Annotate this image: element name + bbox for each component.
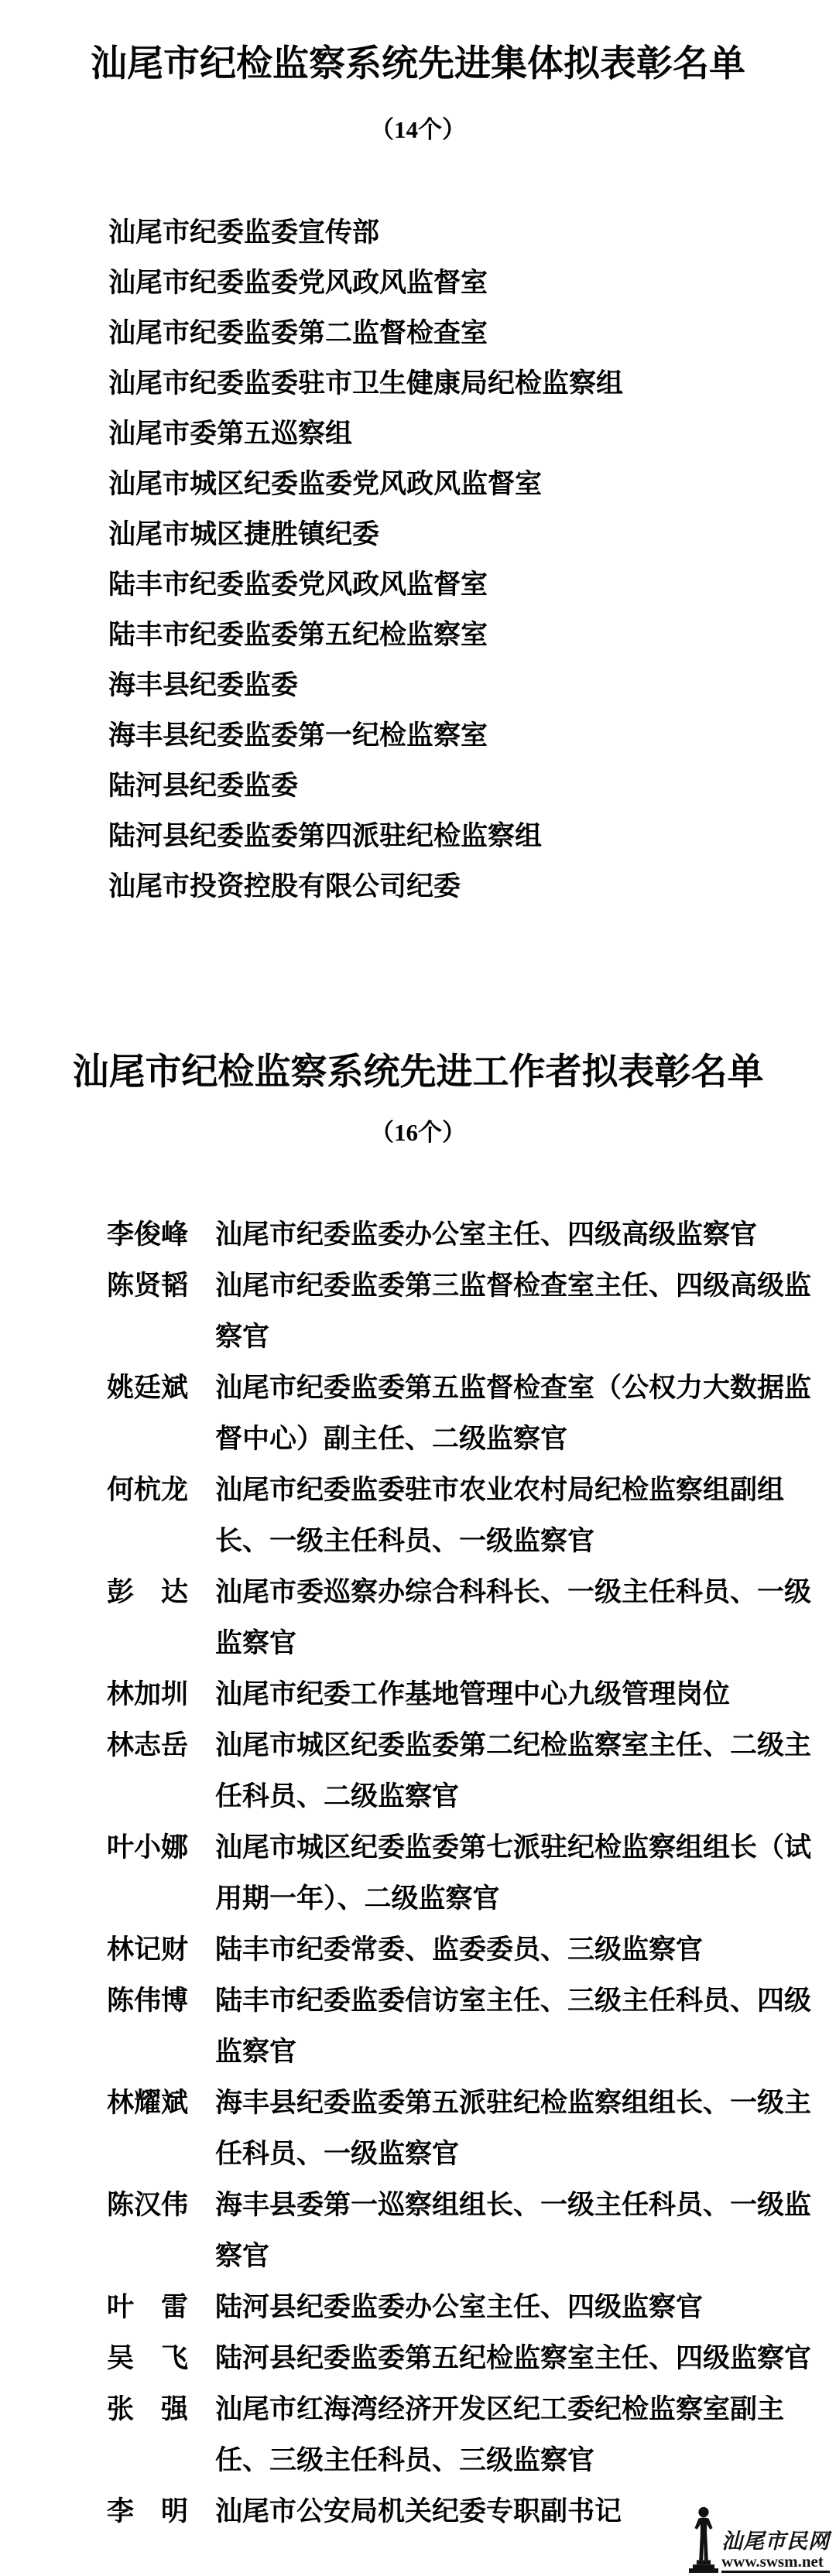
position-line: 监察官 <box>215 1618 811 1669</box>
collective-item: 陆河县纪委监委 <box>0 761 836 811</box>
worker-position: 海丰县委第一巡察组组长、一级主任科员、一级监 察官 <box>215 2180 811 2282</box>
position-line: 汕尾市城区纪委监委第七派驻纪检监察组组长（试 <box>215 1822 811 1873</box>
worker-row: 林加圳 汕尾市纪委工作基地管理中心九级管理岗位 <box>0 1669 836 1720</box>
worker-name: 林记财 <box>107 1924 188 1976</box>
worker-list: 李俊峰 汕尾市纪委监委办公室主任、四级高级监察官 陈贤韬 汕尾市纪委监委第三监督… <box>0 1209 836 2537</box>
position-line: 任科员、二级监察官 <box>215 1771 811 1822</box>
position-line: 汕尾市城区纪委监委第二纪检监察室主任、二级主 <box>215 1720 811 1771</box>
section2-title: 汕尾市纪检监察系统先进工作者拟表彰名单 <box>0 1051 836 1094</box>
worker-name: 李俊峰 <box>107 1209 188 1261</box>
position-line: 察官 <box>215 2231 811 2282</box>
worker-row: 林耀斌 海丰县纪委监委第五派驻纪检监察组组长、一级主 任科员、一级监察官 <box>0 2078 836 2180</box>
worker-row: 林志岳 汕尾市城区纪委监委第二纪检监察室主任、二级主 任科员、二级监察官 <box>0 1720 836 1822</box>
position-line: 汕尾市纪委监委驻市农业农村局纪检监察组副组 <box>215 1465 784 1516</box>
worker-position: 陆河县纪委监委办公室主任、四级监察官 <box>215 2282 703 2333</box>
worker-name: 李 明 <box>107 2486 188 2537</box>
section1-count: （14个） <box>0 115 836 145</box>
worker-row: 叶小娜 汕尾市城区纪委监委第七派驻纪检监察组组长（试 用期一年）、二级监察官 <box>0 1822 836 1924</box>
collective-item: 汕尾市纪委监委党风政风监督室 <box>0 258 836 308</box>
collective-item: 海丰县纪委监委第一纪检监察室 <box>0 710 836 761</box>
worker-row: 林记财 陆丰市纪委常委、监委委员、三级监察官 <box>0 1924 836 1976</box>
worker-position: 汕尾市纪委监委第五监督检查室（公权力大数据监 督中心）副主任、二级监察官 <box>215 1363 811 1465</box>
collective-item: 陆丰市纪委监委第五纪检监察室 <box>0 610 836 660</box>
site-watermark: 汕尾市民网 www.swsm.net <box>689 2506 830 2573</box>
worker-position: 陆丰市纪委监委信访室主任、三级主任科员、四级 监察官 <box>215 1976 811 2078</box>
worker-position: 汕尾市城区纪委监委第二纪检监察室主任、二级主 任科员、二级监察官 <box>215 1720 811 1822</box>
worker-name: 陈贤韬 <box>107 1261 188 1312</box>
worker-row: 李俊峰 汕尾市纪委监委办公室主任、四级高级监察官 <box>0 1209 836 1261</box>
worker-name: 陈汉伟 <box>107 2180 188 2231</box>
worker-position: 汕尾市红海湾经济开发区纪工委纪检监察室副主 任、三级主任科员、三级监察官 <box>215 2384 784 2486</box>
position-line: 督中心）副主任、二级监察官 <box>215 1414 811 1465</box>
collective-item: 海丰县纪委监委 <box>0 660 836 710</box>
collective-list: 汕尾市纪委监委宣传部 汕尾市纪委监委党风政风监督室 汕尾市纪委监委第二监督检查室… <box>0 207 836 912</box>
worker-position: 汕尾市委巡察办综合科科长、一级主任科员、一级 监察官 <box>215 1567 811 1669</box>
worker-position: 汕尾市纪委监委办公室主任、四级高级监察官 <box>215 1209 757 1261</box>
collective-item: 陆河县纪委监委第四派驻纪检监察组 <box>0 811 836 861</box>
position-line: 任科员、一级监察官 <box>215 2129 811 2180</box>
worker-position: 汕尾市城区纪委监委第七派驻纪检监察组组长（试 用期一年）、二级监察官 <box>215 1822 811 1924</box>
worker-name: 何杭龙 <box>107 1465 188 1516</box>
worker-name: 叶 雷 <box>107 2282 188 2333</box>
worker-name: 林耀斌 <box>107 2078 188 2129</box>
position-line: 汕尾市纪委监委第五监督检查室（公权力大数据监 <box>215 1363 811 1414</box>
worker-position: 汕尾市纪委工作基地管理中心九级管理岗位 <box>215 1669 730 1720</box>
worker-name: 陈伟博 <box>107 1976 188 2027</box>
section1-title: 汕尾市纪检监察系统先进集体拟表彰名单 <box>0 0 836 86</box>
collective-item: 陆丰市纪委监委党风政风监督室 <box>0 559 836 610</box>
worker-name: 林志岳 <box>107 1720 188 1771</box>
position-line: 陆河县纪委监委办公室主任、四级监察官 <box>215 2282 703 2333</box>
worker-name: 吴 飞 <box>107 2333 188 2384</box>
worker-name: 彭 达 <box>107 1567 188 1618</box>
position-line: 察官 <box>215 1312 811 1363</box>
position-line: 任、三级主任科员、三级监察官 <box>215 2435 784 2486</box>
worker-name: 林加圳 <box>107 1669 188 1720</box>
worker-row: 陈伟博 陆丰市纪委监委信访室主任、三级主任科员、四级 监察官 <box>0 1976 836 2078</box>
collective-item: 汕尾市纪委监委宣传部 <box>0 207 836 258</box>
worker-row: 陈贤韬 汕尾市纪委监委第三监督检查室主任、四级高级监 察官 <box>0 1261 836 1363</box>
worker-row: 彭 达 汕尾市委巡察办综合科科长、一级主任科员、一级 监察官 <box>0 1567 836 1669</box>
document-page: { "document": { "section1": { "title": "… <box>0 0 836 2576</box>
position-line: 陆河县纪委监委第五纪检监察室主任、四级监察官 <box>215 2333 811 2384</box>
position-line: 汕尾市红海湾经济开发区纪工委纪检监察室副主 <box>215 2384 784 2435</box>
worker-position: 海丰县纪委监委第五派驻纪检监察组组长、一级主 任科员、一级监察官 <box>215 2078 811 2180</box>
collective-item: 汕尾市城区捷胜镇纪委 <box>0 509 836 559</box>
position-line: 汕尾市公安局机关纪委专职副书记 <box>215 2486 622 2537</box>
person-silhouette-icon <box>689 2506 718 2573</box>
section2-count: （16个） <box>0 1117 836 1148</box>
position-line: 海丰县委第一巡察组组长、一级主任科员、一级监 <box>215 2180 811 2231</box>
position-line: 用期一年）、二级监察官 <box>215 1873 811 1924</box>
position-line: 陆丰市纪委监委信访室主任、三级主任科员、四级 <box>215 1976 811 2027</box>
worker-position: 汕尾市公安局机关纪委专职副书记 <box>215 2486 622 2537</box>
position-line: 陆丰市纪委常委、监委委员、三级监察官 <box>215 1924 703 1976</box>
worker-position: 汕尾市纪委监委第三监督检查室主任、四级高级监 察官 <box>215 1261 811 1363</box>
worker-row: 叶 雷 陆河县纪委监委办公室主任、四级监察官 <box>0 2282 836 2333</box>
worker-position: 陆河县纪委监委第五纪检监察室主任、四级监察官 <box>215 2333 811 2384</box>
worker-row: 吴 飞 陆河县纪委监委第五纪检监察室主任、四级监察官 <box>0 2333 836 2384</box>
worker-row: 陈汉伟 海丰县委第一巡察组组长、一级主任科员、一级监 察官 <box>0 2180 836 2282</box>
worker-name: 姚廷斌 <box>107 1363 188 1414</box>
position-line: 海丰县纪委监委第五派驻纪检监察组组长、一级主 <box>215 2078 811 2129</box>
position-line: 汕尾市委巡察办综合科科长、一级主任科员、一级 <box>215 1567 811 1618</box>
worker-name: 张 强 <box>107 2384 188 2435</box>
worker-row: 张 强 汕尾市红海湾经济开发区纪工委纪检监察室副主 任、三级主任科员、三级监察官 <box>0 2384 836 2486</box>
worker-name: 叶小娜 <box>107 1822 188 1873</box>
worker-position: 陆丰市纪委常委、监委委员、三级监察官 <box>215 1924 703 1976</box>
collective-item: 汕尾市纪委监委第二监督检查室 <box>0 308 836 358</box>
collective-item: 汕尾市委第五巡察组 <box>0 409 836 459</box>
watermark-text: 汕尾市民网 www.swsm.net <box>721 2530 830 2573</box>
worker-row: 姚廷斌 汕尾市纪委监委第五监督检查室（公权力大数据监 督中心）副主任、二级监察官 <box>0 1363 836 1465</box>
worker-row: 何杭龙 汕尾市纪委监委驻市农业农村局纪检监察组副组 长、一级主任科员、一级监察官 <box>0 1465 836 1567</box>
watermark-site-url: www.swsm.net <box>721 2552 830 2573</box>
position-line: 监察官 <box>215 2027 811 2078</box>
collective-item: 汕尾市投资控股有限公司纪委 <box>0 861 836 912</box>
position-line: 汕尾市纪委监委办公室主任、四级高级监察官 <box>215 1209 757 1261</box>
collective-item: 汕尾市纪委监委驻市卫生健康局纪检监察组 <box>0 358 836 409</box>
position-line: 长、一级主任科员、一级监察官 <box>215 1516 784 1567</box>
worker-position: 汕尾市纪委监委驻市农业农村局纪检监察组副组 长、一级主任科员、一级监察官 <box>215 1465 784 1567</box>
collective-item: 汕尾市城区纪委监委党风政风监督室 <box>0 459 836 509</box>
position-line: 汕尾市纪委工作基地管理中心九级管理岗位 <box>215 1669 730 1720</box>
position-line: 汕尾市纪委监委第三监督检查室主任、四级高级监 <box>215 1261 811 1312</box>
watermark-site-name: 汕尾市民网 <box>721 2530 830 2552</box>
